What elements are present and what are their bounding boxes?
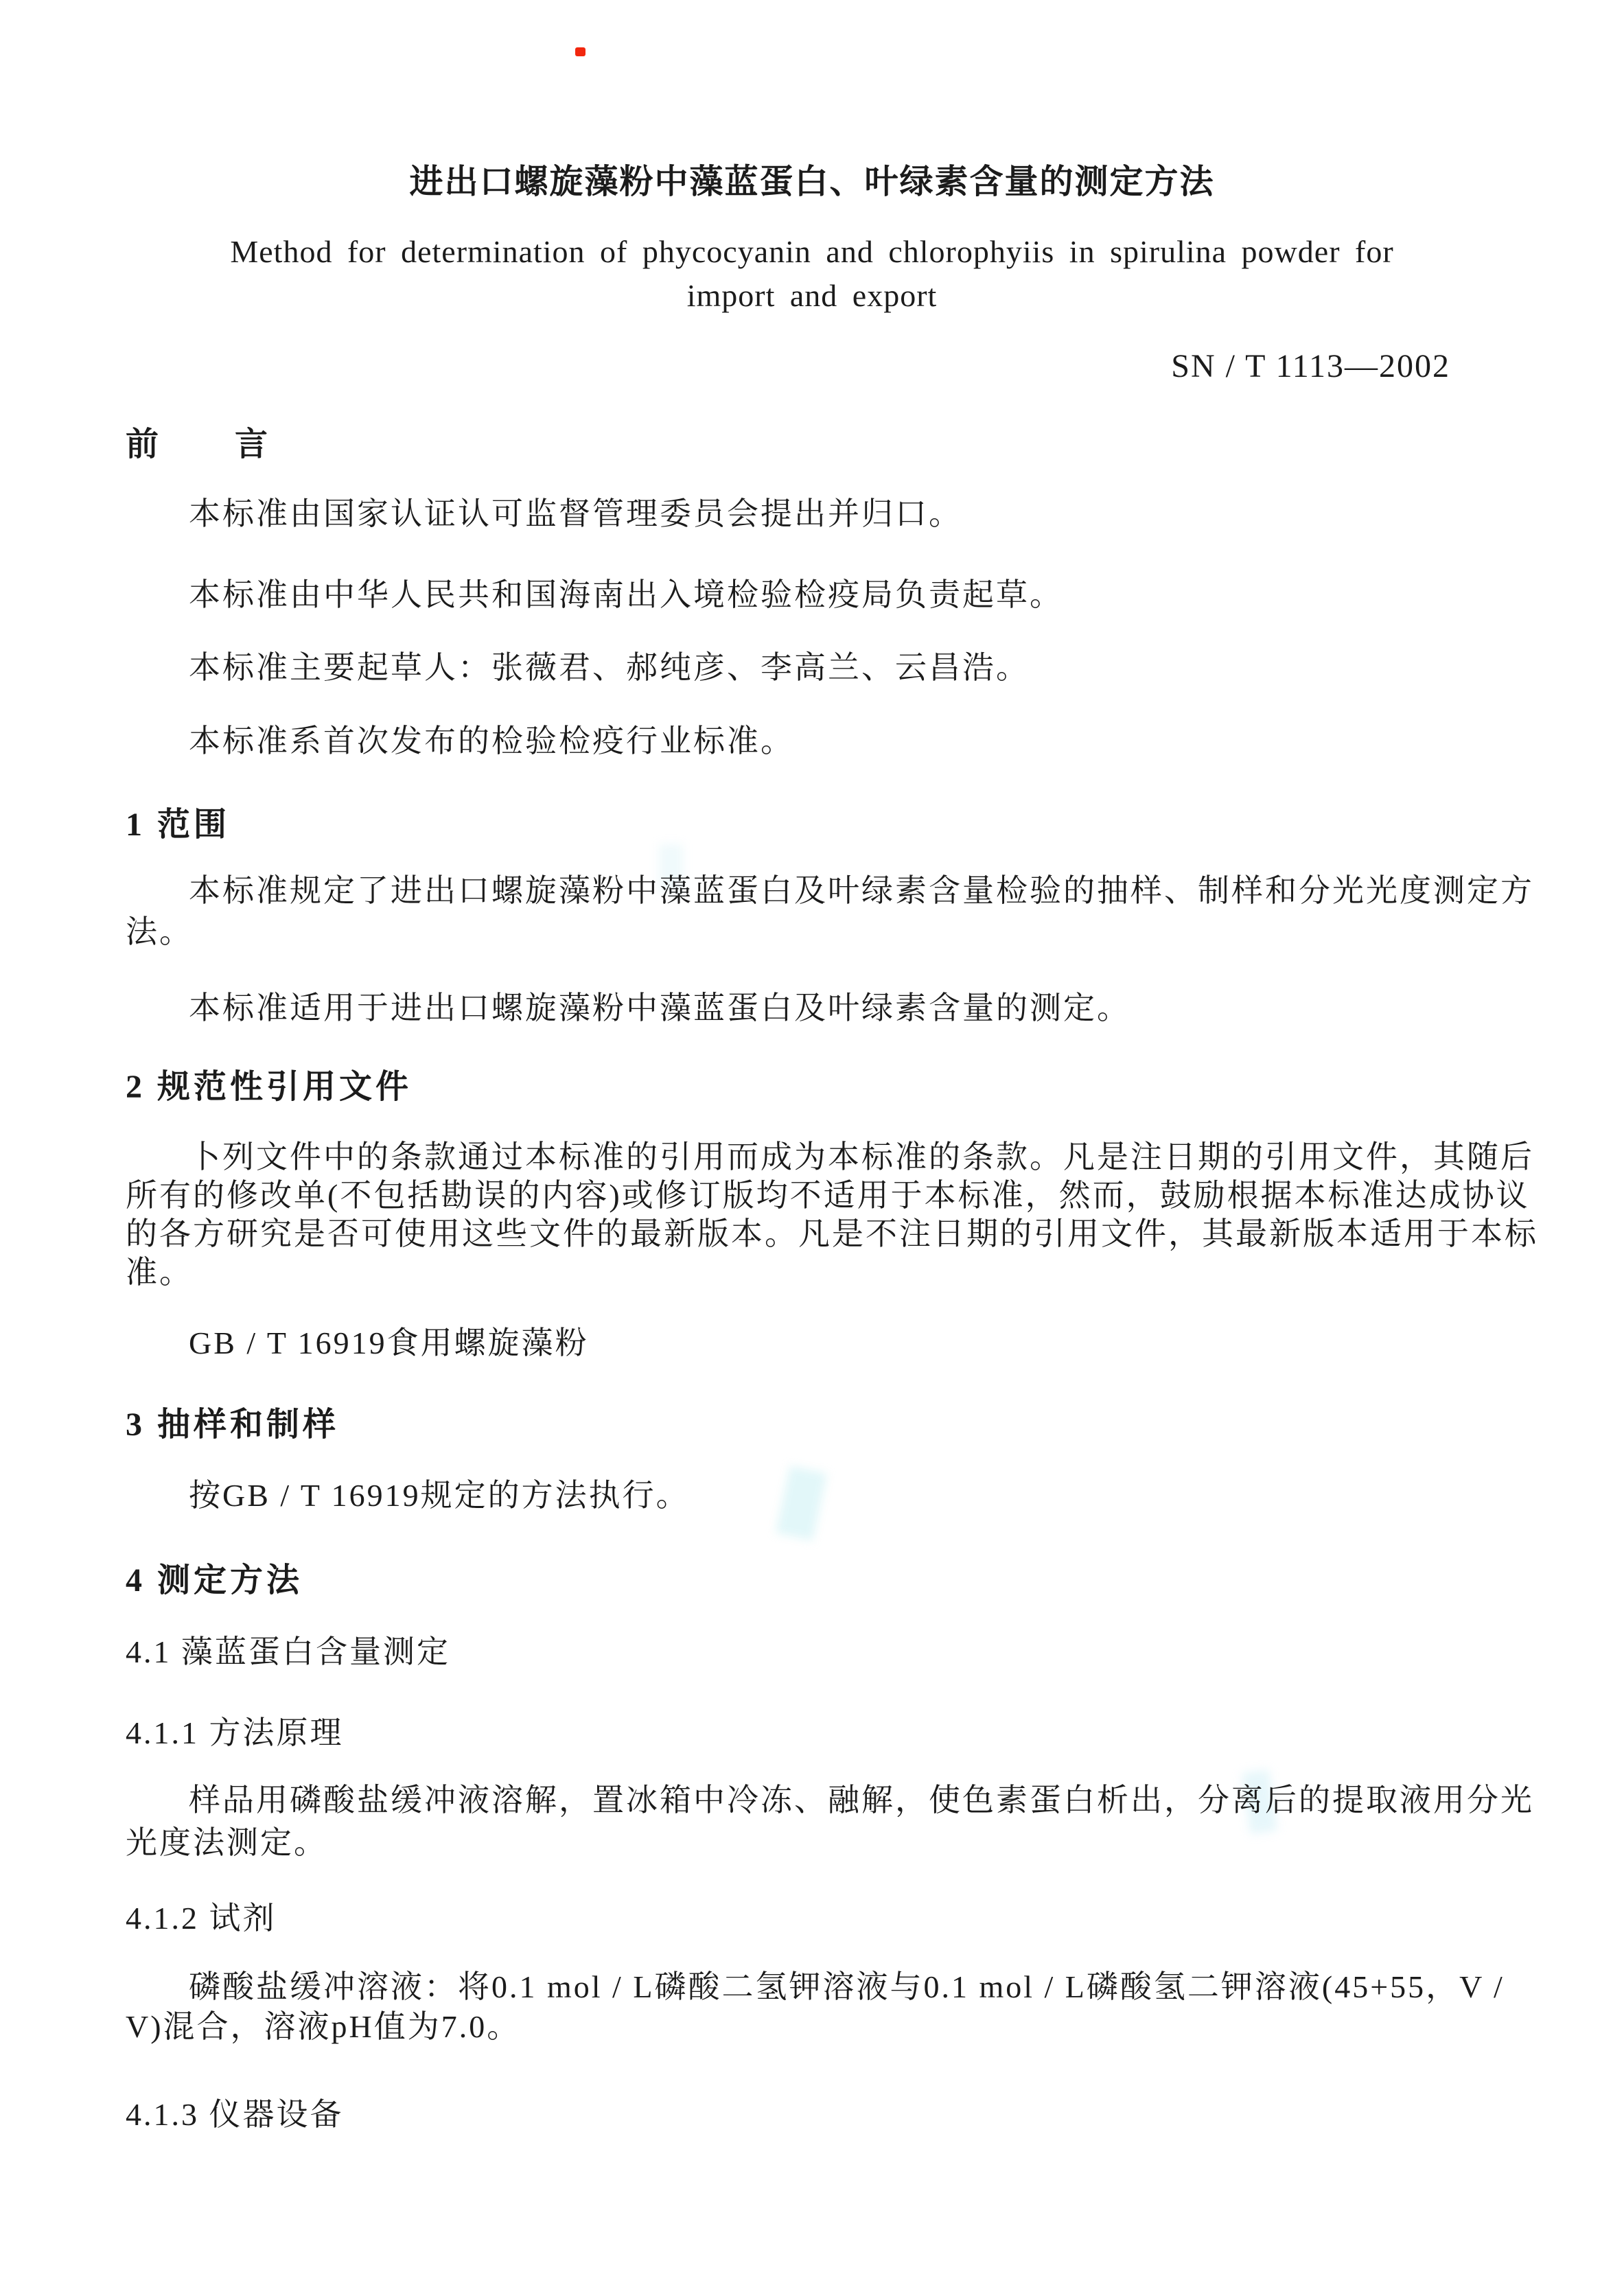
subsection-4-1-2-heading: 4.1.2 试剂 [126,1893,277,1938]
scope-paragraph: 本标准规定了进出口螺旋藻粉中藻蓝蛋白及叶绿素含量检验的抽样、制样和分光光度测定方… [126,870,1550,953]
foreword-paragraph-2: 本标准由中华人民共和国海南出入境检验检疫局负责起草。 [126,575,1550,615]
section-2-heading: 2 规范性引用文件 [126,1060,412,1107]
document-title-zh: 进出口螺旋藻粉中藻蓝蛋白、叶绿素含量的测定方法 [0,155,1624,203]
sampling-paragraph: 按GB / T 16919规定的方法执行。 [126,1476,1550,1516]
document-title-en-line1: Method for determination of phycocyanin … [0,233,1624,270]
applicability-paragraph: 本标准适用于进出口螺旋藻粉中藻蓝蛋白及叶绿素含量的测定。 [126,988,1550,1028]
standard-number: SN / T 1113—2002 [1171,347,1450,385]
section-3-heading: 3 抽样和制样 [126,1398,339,1445]
normative-reference: GB / T 16919食用螺旋藻粉 [126,1323,1550,1363]
document-page: 进出口螺旋藻粉中藻蓝蛋白、叶绿素含量的测定方法 Method for deter… [0,0,1624,2296]
section-4-heading: 4 测定方法 [126,1553,303,1601]
section-1-heading: 1 范围 [126,798,230,845]
subsection-4-1-3-heading: 4.1.3 仪器设备 [126,2089,344,2135]
red-scan-mark [575,47,585,56]
reagent-paragraph: 磷酸盐缓冲溶液：将0.1 mol / L磷酸二氢钾溶液与0.1 mol / L磷… [126,1967,1550,2047]
subsection-4-1-heading: 4.1 藻蓝蛋白含量测定 [126,1627,450,1672]
foreword-paragraph-4: 本标准系首次发布的检验检疫行业标准。 [126,721,1550,761]
normative-paragraph: 卜列文件中的条款通过本标准的引用而成为本标准的条款。凡是注日期的引用文件，其随后… [126,1138,1550,1292]
subsection-4-1-1-heading: 4.1.1 方法原理 [126,1708,344,1753]
foreword-heading: 前 言 [126,417,271,465]
foreword-paragraph-1: 本标准由国家认证认可监督管理委员会提出并归口。 [126,494,1550,534]
document-title-en-line2: import and export [0,277,1624,314]
foreword-paragraph-3: 本标准主要起草人：张薇君、郝纯彦、李高兰、云昌浩。 [126,648,1550,688]
principle-paragraph: 样品用磷酸盐缓冲液溶解，置冰箱中冷冻、融解，使色素蛋白析出，分离后的提取液用分光… [126,1779,1550,1864]
